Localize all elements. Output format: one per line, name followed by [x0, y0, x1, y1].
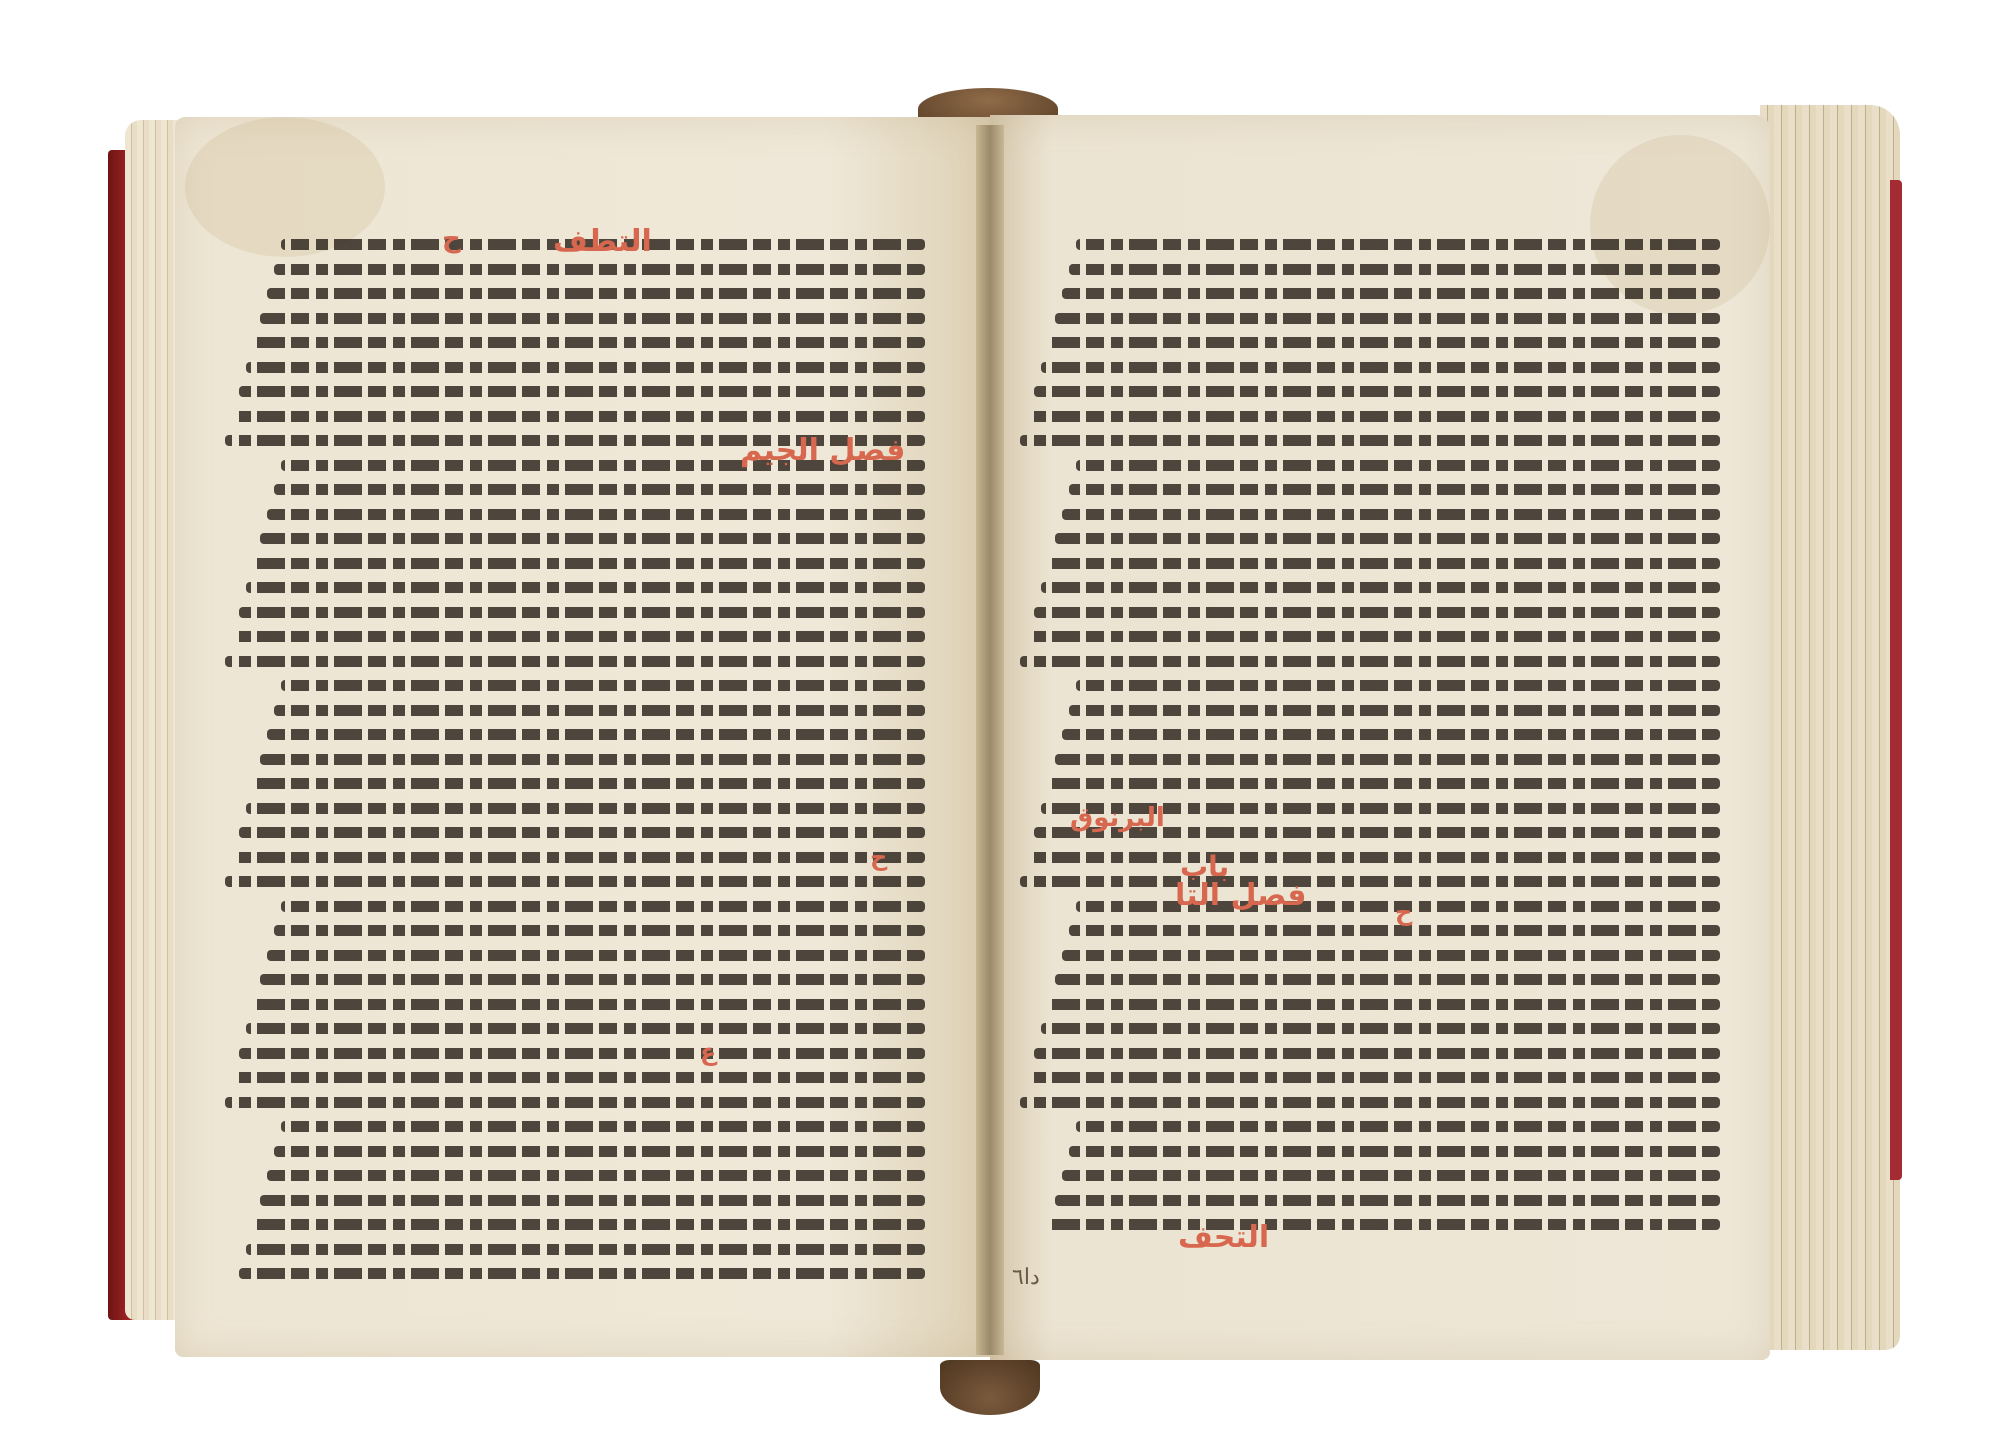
ink-stroke: [1055, 533, 1720, 544]
red-rubric-heading: ع: [700, 1038, 716, 1066]
manuscript-line: [1020, 845, 1720, 870]
ink-stroke: [239, 1268, 925, 1279]
ink-stroke: [232, 411, 925, 422]
right-cover-red-leather: [1890, 180, 1902, 1180]
ink-stroke: [1048, 1219, 1720, 1230]
ink-stroke: [281, 680, 925, 691]
manuscript-line: [225, 1090, 925, 1115]
manuscript-line: [225, 1163, 925, 1188]
manuscript-line: [1020, 894, 1720, 919]
ink-stroke: [1041, 362, 1720, 373]
ink-stroke: [1034, 607, 1720, 618]
red-rubric-heading: ح: [870, 843, 887, 871]
ink-stroke: [232, 631, 925, 642]
ink-stroke: [239, 607, 925, 618]
ink-stroke: [232, 1072, 925, 1083]
ink-stroke: [1069, 705, 1720, 716]
right-page-edges: [1760, 105, 1900, 1350]
ink-stroke: [1048, 337, 1720, 348]
manuscript-line: [1020, 477, 1720, 502]
spine-tailcap: [940, 1360, 1040, 1415]
manuscript-line: [225, 992, 925, 1017]
manuscript-line: [1020, 771, 1720, 796]
manuscript-line: [225, 649, 925, 674]
manuscript-line: [1020, 624, 1720, 649]
ink-stroke: [1027, 852, 1720, 863]
ink-stroke: [232, 852, 925, 863]
manuscript-line: [225, 477, 925, 502]
ink-stroke: [1020, 435, 1720, 446]
ink-stroke: [1041, 1023, 1720, 1034]
manuscript-line: [225, 1065, 925, 1090]
ink-stroke: [1020, 1097, 1720, 1108]
manuscript-line: [1020, 1090, 1720, 1115]
manuscript-line: [1020, 722, 1720, 747]
manuscript-line: [1020, 869, 1720, 894]
ink-stroke: [1055, 754, 1720, 765]
ink-stroke: [1041, 582, 1720, 593]
ink-stroke: [267, 950, 925, 961]
manuscript-line: [1020, 698, 1720, 723]
manuscript-line: [1020, 355, 1720, 380]
manuscript-line: [225, 502, 925, 527]
ink-stroke: [1062, 1170, 1720, 1181]
ink-stroke: [1069, 1146, 1720, 1157]
manuscript-line: [225, 1016, 925, 1041]
ink-stroke: [1076, 1121, 1720, 1132]
ink-stroke: [1048, 999, 1720, 1010]
manuscript-line: [1020, 918, 1720, 943]
ink-stroke: [1062, 288, 1720, 299]
ink-stroke: [274, 264, 925, 275]
manuscript-line: [225, 306, 925, 331]
red-rubric-heading: البرنوق: [1070, 803, 1165, 833]
manuscript-line: [1020, 1016, 1720, 1041]
manuscript-line: [225, 771, 925, 796]
ink-stroke: [253, 1219, 925, 1230]
ink-stroke: [1034, 386, 1720, 397]
ink-stroke: [260, 533, 925, 544]
ink-stroke: [246, 803, 925, 814]
manuscript-line: [1020, 1163, 1720, 1188]
manuscript-line: [1020, 967, 1720, 992]
ink-stroke: [246, 1023, 925, 1034]
ink-stroke: [1055, 1195, 1720, 1206]
ink-stroke: [225, 1097, 925, 1108]
manuscript-line: [225, 869, 925, 894]
ink-stroke: [1055, 974, 1720, 985]
manuscript-line: [225, 404, 925, 429]
manuscript-line: [225, 673, 925, 698]
ink-stroke: [1069, 925, 1720, 936]
manuscript-line: [225, 1237, 925, 1262]
ink-stroke: [267, 509, 925, 520]
red-rubric-heading: ح: [1395, 898, 1412, 926]
manuscript-line: [1020, 453, 1720, 478]
manuscript-line: [225, 551, 925, 576]
ink-stroke: [246, 362, 925, 373]
manuscript-line: [1020, 257, 1720, 282]
red-rubric-heading: فصل التا: [1175, 878, 1306, 913]
manuscript-line: [1020, 1188, 1720, 1213]
manuscript-line: [225, 575, 925, 600]
ink-stroke: [281, 901, 925, 912]
ink-stroke: [281, 1121, 925, 1132]
ink-stroke: [225, 656, 925, 667]
ink-stroke: [239, 386, 925, 397]
manuscript-line: [225, 796, 925, 821]
manuscript-line: [1020, 1065, 1720, 1090]
ink-stroke: [274, 484, 925, 495]
manuscript-line: [1020, 1139, 1720, 1164]
manuscript-line: [225, 1212, 925, 1237]
manuscript-line: [225, 1041, 925, 1066]
manuscript-line: [1020, 1212, 1720, 1237]
manuscript-line: [225, 918, 925, 943]
right-page-text-block: [1020, 232, 1720, 1242]
folio-number: دا٦: [1012, 1265, 1040, 1290]
manuscript-line: [1020, 575, 1720, 600]
ink-stroke: [253, 778, 925, 789]
manuscript-line: [225, 330, 925, 355]
ink-stroke: [246, 1244, 925, 1255]
manuscript-line: [225, 967, 925, 992]
manuscript-line: [225, 698, 925, 723]
ink-stroke: [1069, 264, 1720, 275]
ink-stroke: [274, 1146, 925, 1157]
manuscript-line: [225, 355, 925, 380]
manuscript-line: [1020, 1114, 1720, 1139]
ink-stroke: [274, 925, 925, 936]
manuscript-line: [1020, 306, 1720, 331]
ink-stroke: [246, 582, 925, 593]
ink-stroke: [260, 974, 925, 985]
ink-stroke: [1048, 558, 1720, 569]
manuscript-line: [225, 257, 925, 282]
ink-stroke: [260, 754, 925, 765]
ink-stroke: [1027, 631, 1720, 642]
ink-stroke: [1062, 729, 1720, 740]
ink-stroke: [260, 313, 925, 324]
ink-stroke: [1076, 680, 1720, 691]
ink-stroke: [1027, 411, 1720, 422]
red-rubric-heading: التطف: [553, 224, 652, 259]
manuscript-line: [225, 526, 925, 551]
ink-stroke: [253, 999, 925, 1010]
ink-stroke: [1062, 950, 1720, 961]
ink-stroke: [225, 876, 925, 887]
ink-stroke: [1034, 1048, 1720, 1059]
manuscript-line: [1020, 502, 1720, 527]
manuscript-line: [225, 281, 925, 306]
ink-stroke: [267, 1170, 925, 1181]
manuscript-line: [1020, 232, 1720, 257]
ink-stroke: [1020, 876, 1720, 887]
manuscript-line: [1020, 281, 1720, 306]
red-rubric-heading: ح: [442, 224, 461, 254]
ink-stroke: [267, 729, 925, 740]
manuscript-line: [225, 624, 925, 649]
manuscript-line: [1020, 992, 1720, 1017]
open-manuscript: التطفحفصل الجيمحعالبرنوقبابفصل التاحالتح…: [0, 0, 2000, 1440]
ink-stroke: [1076, 239, 1720, 250]
manuscript-line: [1020, 943, 1720, 968]
manuscript-line: [225, 722, 925, 747]
manuscript-line: [225, 1139, 925, 1164]
ink-stroke: [1048, 778, 1720, 789]
manuscript-line: [1020, 673, 1720, 698]
manuscript-line: [225, 1114, 925, 1139]
gutter-fold: [976, 125, 1004, 1355]
manuscript-line: [1020, 379, 1720, 404]
manuscript-line: [225, 1188, 925, 1213]
red-rubric-heading: فصل الجيم: [740, 433, 905, 468]
manuscript-line: [1020, 747, 1720, 772]
manuscript-line: [1020, 330, 1720, 355]
ink-stroke: [267, 288, 925, 299]
left-page-text-block: [225, 232, 925, 1302]
ink-stroke: [274, 705, 925, 716]
manuscript-line: [1020, 526, 1720, 551]
ink-stroke: [1076, 460, 1720, 471]
ink-stroke: [1055, 313, 1720, 324]
ink-stroke: [239, 827, 925, 838]
manuscript-line: [225, 1261, 925, 1286]
ink-stroke: [1069, 484, 1720, 495]
ink-stroke: [239, 1048, 925, 1059]
ink-stroke: [1062, 509, 1720, 520]
manuscript-line: [225, 943, 925, 968]
manuscript-line: [225, 379, 925, 404]
manuscript-line: [225, 747, 925, 772]
manuscript-line: [225, 894, 925, 919]
ink-stroke: [253, 337, 925, 348]
manuscript-line: [1020, 600, 1720, 625]
ink-stroke: [253, 558, 925, 569]
manuscript-line: [1020, 1041, 1720, 1066]
ink-stroke: [1020, 656, 1720, 667]
manuscript-line: [1020, 649, 1720, 674]
manuscript-line: [1020, 404, 1720, 429]
ink-stroke: [1027, 1072, 1720, 1083]
manuscript-line: [1020, 428, 1720, 453]
manuscript-line: [225, 600, 925, 625]
ink-stroke: [260, 1195, 925, 1206]
manuscript-line: [1020, 551, 1720, 576]
manuscript-line: [225, 845, 925, 870]
red-rubric-heading: التحف: [1178, 1220, 1269, 1255]
manuscript-line: [225, 820, 925, 845]
